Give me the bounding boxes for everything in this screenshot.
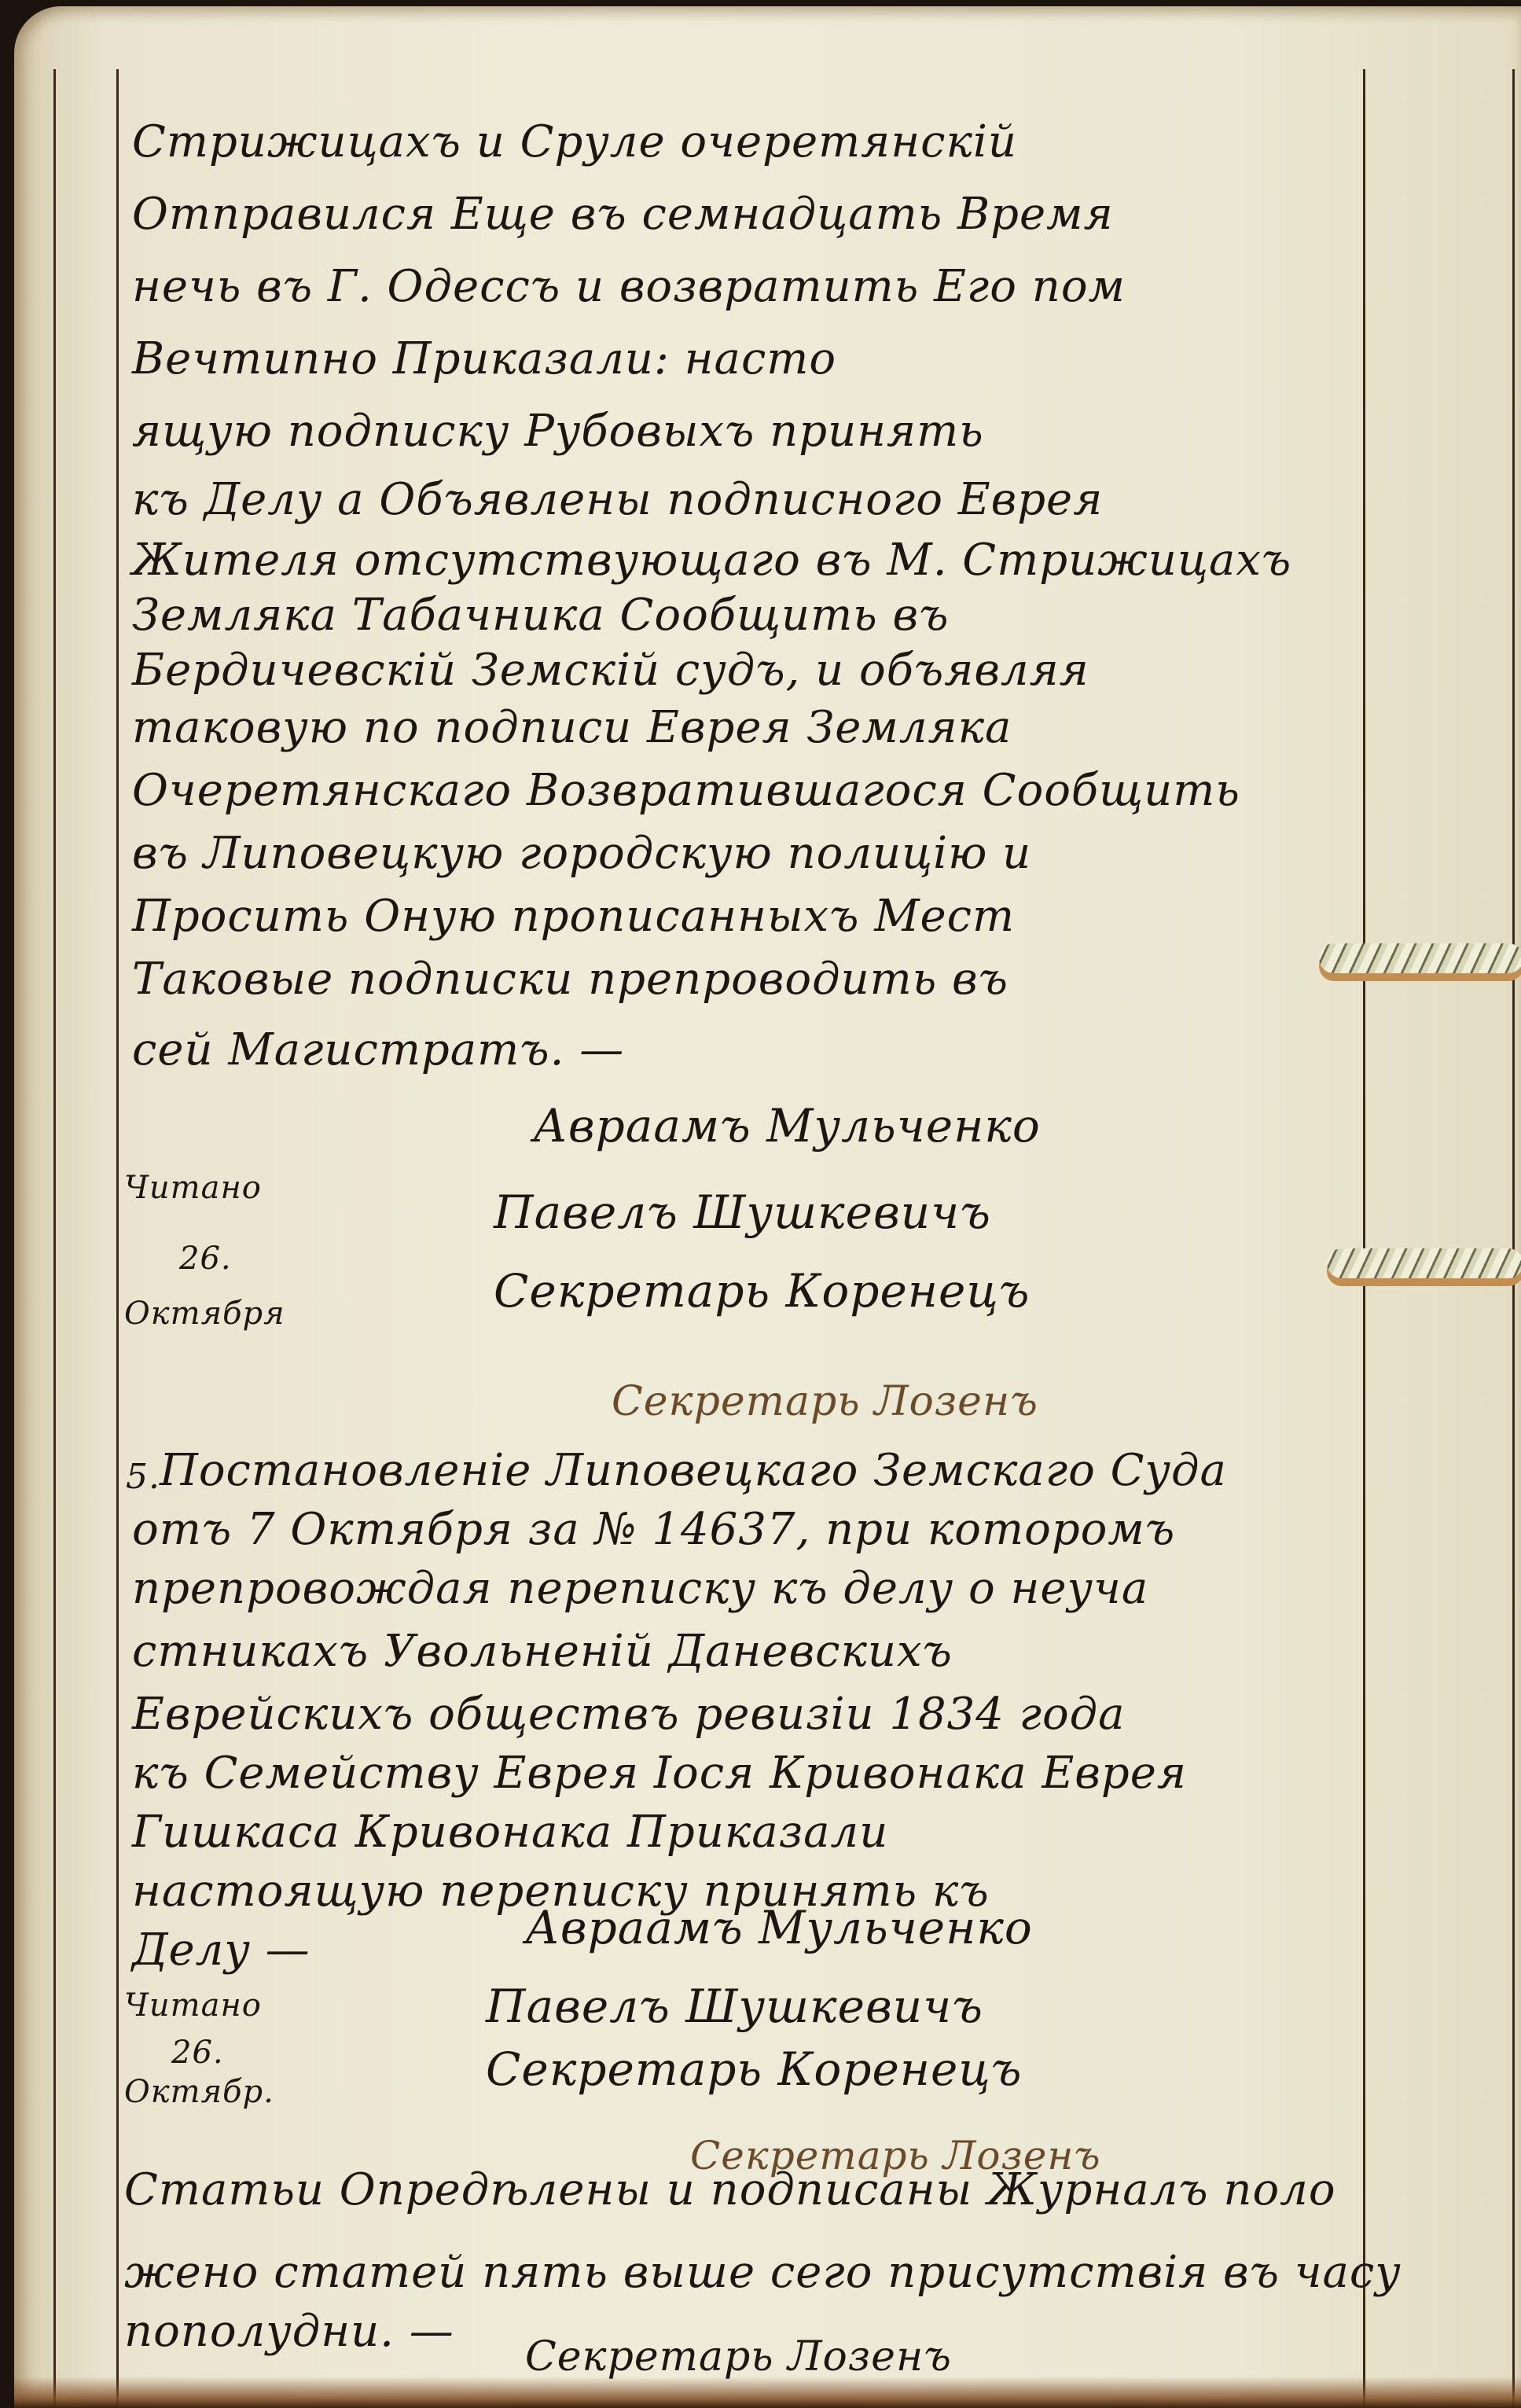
signature: Павелъ Шушкевичъ [486,1980,983,2033]
signature: Авраамъ Мульченко [525,1901,1033,1954]
text-line: Просить Оную прописанныхъ Мест [132,891,1015,942]
text-line: Очеретянскаго Возвратившагося Сообщить [132,765,1240,816]
text-line: Таковые подписки препроводить въ [132,954,1008,1005]
text-line: Гишкаса Кривонака Приказали [132,1807,888,1858]
text-line: пополудни. — [124,2306,454,2357]
margin-note-read: Читано [124,1170,262,1206]
margin-note-month: Октября [124,1296,285,1332]
right-column-rule [1363,69,1365,2408]
page-bottom-edge [14,2377,1521,2408]
text-line: стникахъ Увольненій Даневскихъ [132,1626,953,1677]
text-line: Стрижицахъ и Сруле очеретянскій [132,116,1017,167]
closing-secretary-signature: Секретарь Лозенъ [525,2333,952,2380]
text-line: Земляка Табачника Сообщить въ [132,590,949,641]
margin-note-read: Читано [124,1987,262,2024]
text-line: къ Семейству Еврея Іося Кривонака Еврея [132,1748,1187,1799]
margin-note-day: 26. [179,1241,232,1277]
right-edge-rule [1512,69,1515,2408]
text-line: Отправился Еще въ семнадцать Время [132,189,1114,240]
text-line: Еврейскихъ обществъ ревизіи 1834 года [132,1689,1126,1740]
text-line: жено статей пять выше сего присутствія в… [124,2247,1402,2298]
text-line: Постановленіе Липовецкаго Земскаго Суда [160,1445,1227,1496]
margin-rule-inner [116,69,119,2408]
signature: Секретарь Коренецъ [494,1264,1030,1318]
entry-number: 5. [126,1457,160,1497]
text-line: Делу — [132,1925,310,1976]
text-line: сей Магистратъ. — [132,1024,624,1075]
text-line: ящую подписку Рубовыхъ принять [132,406,984,457]
signature: Авраамъ Мульченко [533,1099,1041,1153]
text-line: Статьи Опредѣлены и подписаны Журналъ по… [124,2164,1336,2215]
text-line: къ Делу а Объявлены подписного Еврея [132,474,1103,525]
margin-note-month: Октябр. [124,2074,274,2110]
text-line: отъ 7 Октября за № 14637, при которомъ [132,1504,1175,1555]
binding-string-top [1319,943,1521,973]
overwritten-secretary-note: Секретарь Лозенъ [612,1378,1038,1425]
archival-page: Стрижицахъ и Сруле очеретянскій Отправил… [14,6,1521,2408]
text-line: таковую по подписи Еврея Земляка [132,702,1012,753]
text-line: Бердичевскій Земскій судъ, и объявляя [132,645,1089,696]
margin-rule-outer [53,69,56,2408]
text-line: нечь въ Г. Одессъ и возвратить Его пом [132,261,1126,312]
signature: Павелъ Шушкевичъ [494,1186,991,1239]
text-line: препровождая переписку къ делу о неуча [132,1563,1148,1614]
text-line: въ Липовецкую городскую полицію и [132,828,1031,879]
margin-note-day: 26. [171,2035,224,2071]
binding-string-bottom [1327,1248,1521,1278]
signature: Секретарь Коренецъ [486,2042,1022,2096]
text-line: Жителя отсутствующаго въ М. Стрижицахъ [132,535,1291,586]
text-line: Вечтипно Приказали: насто [132,333,836,384]
